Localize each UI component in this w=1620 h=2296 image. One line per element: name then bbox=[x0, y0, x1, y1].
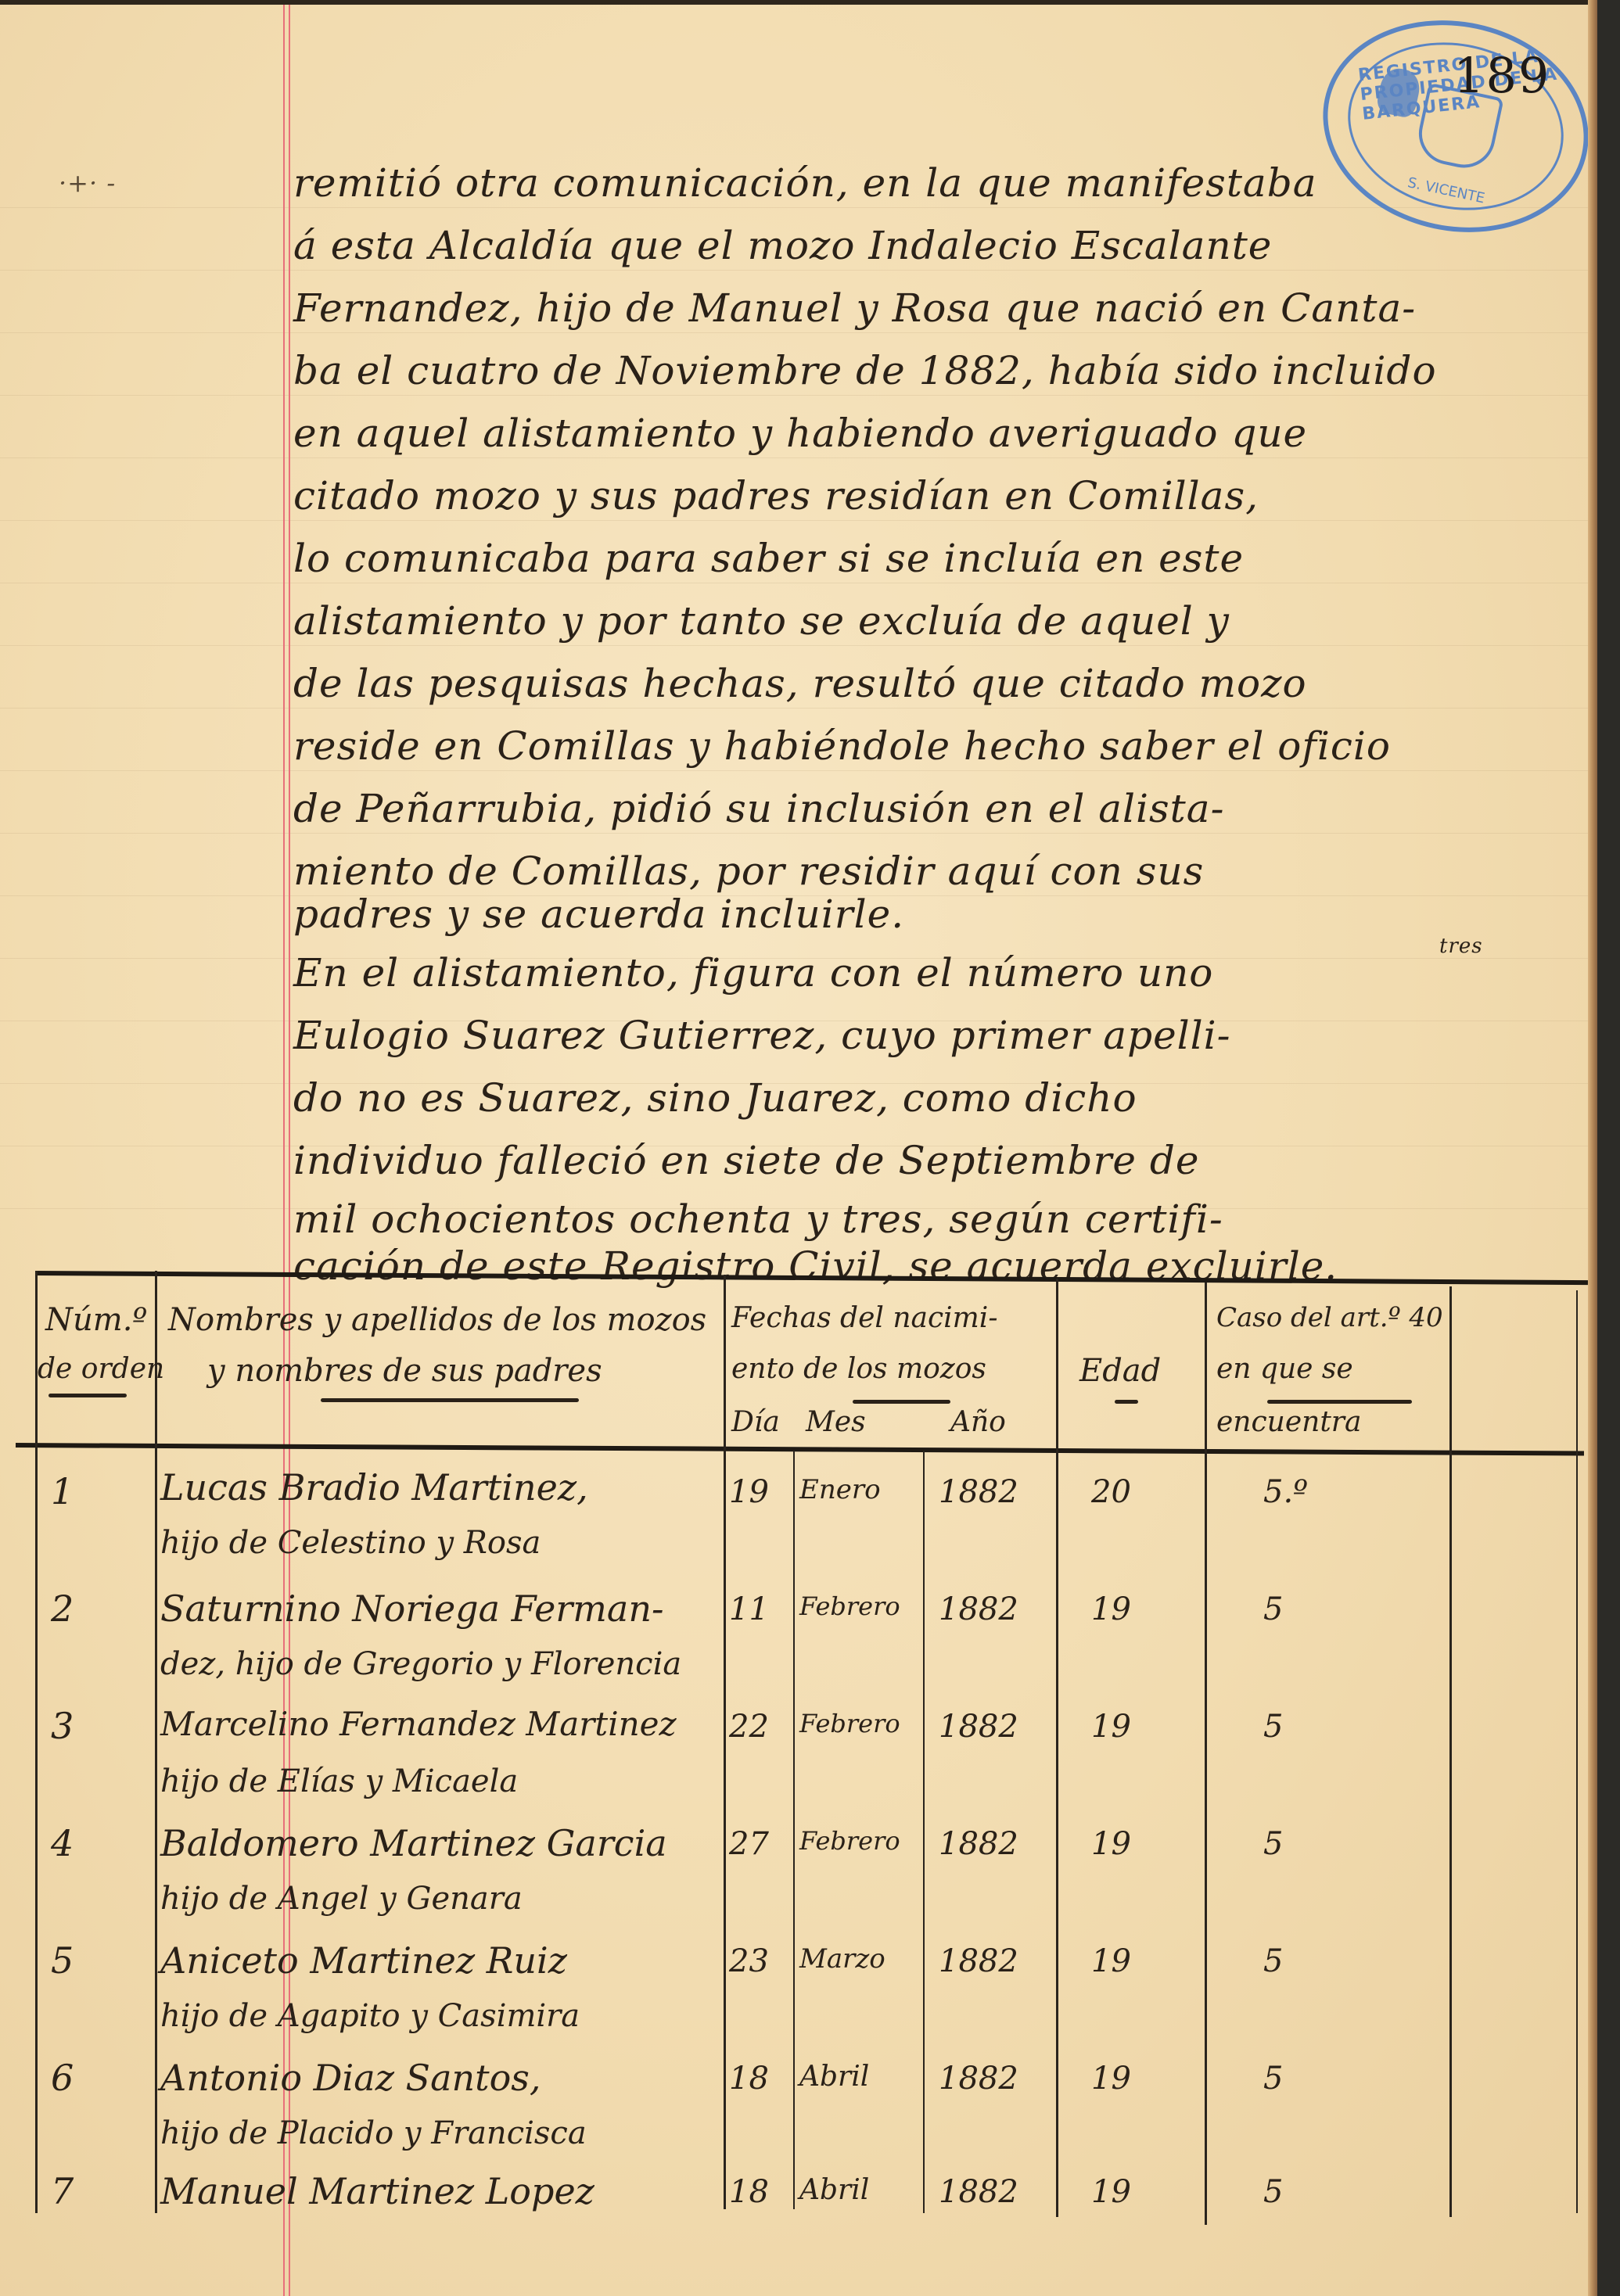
cell-caso: 5 bbox=[1263, 1709, 1283, 1745]
cell-name: Manuel Martinez Lopez bbox=[160, 2170, 594, 2212]
underline bbox=[853, 1400, 950, 1404]
cell-edad: 19 bbox=[1091, 1709, 1131, 1745]
body-line: á esta Alcaldía que el mozo Indalecio Es… bbox=[293, 223, 1272, 268]
margin-mark: ·+· - bbox=[59, 168, 116, 198]
cell-dia: 27 bbox=[729, 1826, 769, 1862]
col-rule bbox=[155, 1271, 157, 2213]
cell-num: 4 bbox=[51, 1822, 74, 1864]
cell-dia: 11 bbox=[729, 1591, 769, 1627]
ruled-line bbox=[0, 457, 1588, 458]
ruled-line bbox=[0, 332, 1588, 333]
cell-dia: 22 bbox=[729, 1709, 769, 1745]
cell-caso: 5 bbox=[1263, 1943, 1283, 1979]
body-line: do no es Suarez, sino Juarez, como dicho bbox=[293, 1075, 1137, 1121]
page-number: 189 bbox=[1453, 47, 1550, 104]
body-line: ba el cuatro de Noviembre de 1882, había… bbox=[293, 348, 1437, 393]
header-nombres: Nombres y apellidos de los mozos bbox=[168, 1302, 706, 1338]
cell-name: Saturnino Noriega Ferman- bbox=[160, 1587, 664, 1630]
header-caso: Caso del art.º 40 bbox=[1216, 1302, 1443, 1333]
cell-edad: 19 bbox=[1091, 1591, 1131, 1627]
body-line: de Peñarrubia, pidió su inclusión en el … bbox=[293, 786, 1224, 831]
ruled-line bbox=[0, 270, 1588, 271]
cell-anio: 1882 bbox=[939, 1591, 1018, 1627]
ruled-line bbox=[0, 645, 1588, 646]
col-rule bbox=[923, 1451, 925, 2213]
cell-dia: 19 bbox=[729, 1474, 769, 1510]
cell-num: 2 bbox=[51, 1587, 74, 1630]
cell-mes: Febrero bbox=[799, 1591, 900, 1621]
ruled-line bbox=[0, 395, 1588, 396]
cell-parents: hijo de Elías y Micaela bbox=[160, 1763, 518, 1799]
body-line: remitió otra comunicación, en la que man… bbox=[293, 160, 1317, 206]
col-rule bbox=[793, 1451, 795, 2209]
header-caso: en que se bbox=[1216, 1353, 1353, 1385]
page-gilt-edge bbox=[1588, 0, 1597, 2296]
header-anio: Año bbox=[950, 1406, 1006, 1438]
ruled-line bbox=[0, 770, 1588, 771]
cell-mes: Febrero bbox=[799, 1826, 900, 1856]
body-line: reside en Comillas y habiéndole hecho sa… bbox=[293, 723, 1391, 769]
header-dia: Día bbox=[731, 1406, 780, 1438]
cell-caso: 5 bbox=[1263, 1826, 1283, 1862]
ruled-line bbox=[0, 833, 1588, 834]
cell-anio: 1882 bbox=[939, 1474, 1018, 1510]
body-line: en aquel alistamiento y habiendo averigu… bbox=[293, 411, 1307, 456]
cell-dia: 18 bbox=[729, 2061, 769, 2097]
registry-stamp: REGISTRO DE LA PROPIEDAD DE LA BARQUERA … bbox=[1303, 0, 1588, 257]
cell-caso: 5.º bbox=[1263, 1474, 1308, 1510]
cell-anio: 1882 bbox=[939, 2061, 1018, 2097]
ruled-line bbox=[0, 708, 1588, 709]
body-line: padres y se acuerda incluirle. bbox=[293, 891, 904, 937]
cell-num: 5 bbox=[51, 1939, 74, 1982]
cell-parents: hijo de Angel y Genara bbox=[160, 1881, 523, 1917]
ruled-line bbox=[0, 207, 1588, 208]
col-rule bbox=[1205, 1283, 1207, 2225]
header-fechas: ento de los mozos bbox=[731, 1353, 986, 1385]
cell-parents: dez, hijo de Gregorio y Florencia bbox=[160, 1646, 681, 1682]
cell-dia: 18 bbox=[729, 2174, 769, 2210]
cell-mes: Enero bbox=[799, 1474, 881, 1505]
cell-num: 7 bbox=[51, 2170, 74, 2212]
cell-name: Lucas Bradio Martinez, bbox=[160, 1466, 588, 1509]
body-line: Eulogio Suarez Gutierrez, cuyo primer ap… bbox=[293, 1013, 1231, 1058]
cell-num: 3 bbox=[51, 1705, 74, 1747]
cell-mes: Abril bbox=[799, 2174, 869, 2206]
cell-anio: 1882 bbox=[939, 1826, 1018, 1862]
header-nombres: y nombres de sus padres bbox=[207, 1353, 602, 1389]
cell-num: 1 bbox=[51, 1470, 74, 1512]
cell-mes: Marzo bbox=[799, 1943, 885, 1975]
ruled-line bbox=[0, 583, 1588, 583]
col-rule bbox=[724, 1275, 726, 2209]
cell-edad: 20 bbox=[1091, 1474, 1131, 1510]
page-top-edge bbox=[0, 0, 1620, 5]
underline bbox=[321, 1398, 579, 1402]
inserted-word: tres bbox=[1439, 935, 1483, 958]
body-line: miento de Comillas, por residir aquí con… bbox=[293, 848, 1204, 894]
body-line: mil ochocientos ochenta y tres, según ce… bbox=[293, 1196, 1223, 1242]
cell-caso: 5 bbox=[1263, 2174, 1283, 2210]
header-num-orden: Núm.º bbox=[45, 1302, 147, 1338]
underline bbox=[1115, 1400, 1138, 1404]
cell-anio: 1882 bbox=[939, 2174, 1018, 2210]
cell-parents: hijo de Agapito y Casimira bbox=[160, 1998, 580, 2034]
cell-edad: 19 bbox=[1091, 2174, 1131, 2210]
cell-edad: 19 bbox=[1091, 1943, 1131, 1979]
header-caso: encuentra bbox=[1216, 1406, 1361, 1438]
body-line: lo comunicaba para saber si se incluía e… bbox=[293, 536, 1244, 581]
cell-parents: hijo de Placido y Francisca bbox=[160, 2115, 587, 2151]
cell-mes: Febrero bbox=[799, 1709, 900, 1738]
header-num-orden: de orden bbox=[38, 1353, 164, 1385]
header-fechas: Fechas del nacimi- bbox=[731, 1302, 998, 1334]
ruled-line bbox=[0, 520, 1588, 521]
underline bbox=[48, 1394, 127, 1397]
cell-num: 6 bbox=[51, 2057, 74, 2099]
cell-dia: 23 bbox=[729, 1943, 769, 1979]
header-bottom-rule bbox=[16, 1443, 1584, 1455]
document-page: ·+· - REGISTRO DE LA PROPIEDAD DE LA BAR… bbox=[0, 0, 1588, 2296]
cell-edad: 19 bbox=[1091, 2061, 1131, 2097]
cell-name: Antonio Diaz Santos, bbox=[160, 2057, 541, 2099]
cell-mes: Abril bbox=[799, 2061, 869, 2093]
cell-name: Baldomero Martinez Garcia bbox=[160, 1822, 667, 1864]
body-line: En el alistamiento, figura con el número… bbox=[293, 950, 1213, 996]
col-rule bbox=[1576, 1290, 1578, 2213]
header-mes: Mes bbox=[806, 1406, 866, 1438]
body-line: alistamiento y por tanto se excluía de a… bbox=[293, 598, 1230, 644]
col-rule bbox=[1449, 1286, 1452, 2217]
underline bbox=[1267, 1400, 1412, 1404]
body-line: de las pesquisas hechas, resultó que cit… bbox=[293, 661, 1307, 706]
cell-edad: 19 bbox=[1091, 1826, 1131, 1862]
col-rule bbox=[1056, 1279, 1058, 2217]
body-line: Fernandez, hijo de Manuel y Rosa que nac… bbox=[293, 285, 1416, 331]
cell-name: Aniceto Martinez Ruiz bbox=[160, 1939, 567, 1982]
cell-name: Marcelino Fernandez Martinez bbox=[160, 1705, 677, 1743]
col-rule bbox=[35, 1271, 38, 2213]
body-line: citado mozo y sus padres residían en Com… bbox=[293, 473, 1259, 518]
cell-parents: hijo de Celestino y Rosa bbox=[160, 1525, 541, 1561]
book-binding bbox=[1597, 0, 1620, 2296]
body-line: individuo falleció en siete de Septiembr… bbox=[293, 1138, 1199, 1183]
cell-anio: 1882 bbox=[939, 1943, 1018, 1979]
cell-caso: 5 bbox=[1263, 1591, 1283, 1627]
header-edad: Edad bbox=[1079, 1353, 1161, 1389]
cell-caso: 5 bbox=[1263, 2061, 1283, 2097]
cell-anio: 1882 bbox=[939, 1709, 1018, 1745]
